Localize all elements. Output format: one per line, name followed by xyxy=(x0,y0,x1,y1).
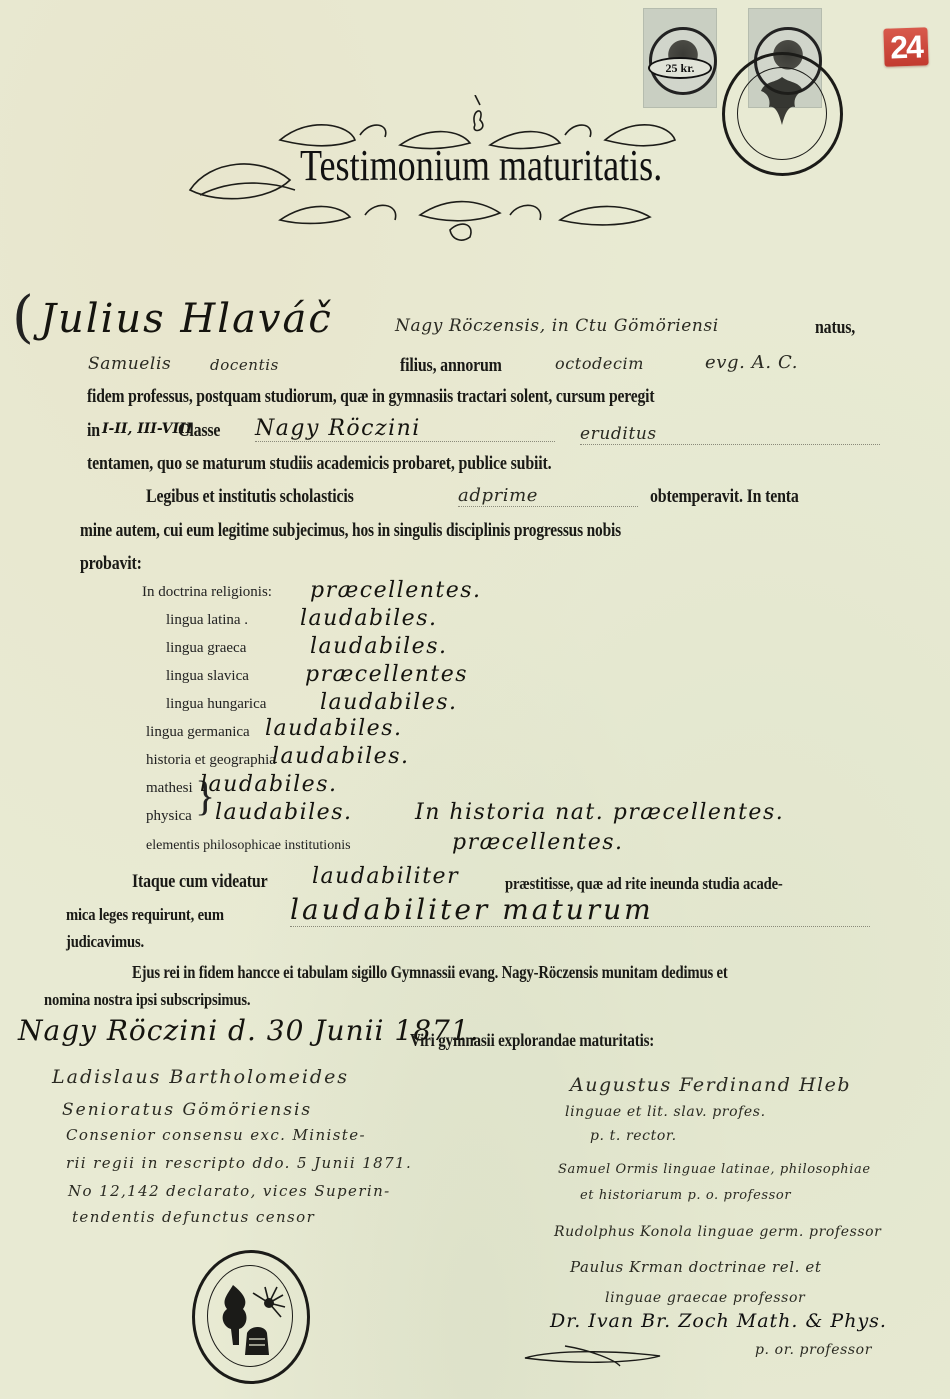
grade-value: laudabiles. xyxy=(272,744,409,769)
signature-flourish-icon xyxy=(520,1330,720,1370)
grade-value: laudabiles. xyxy=(300,606,437,631)
name-bracket: ( xyxy=(12,285,34,350)
eagle-crest-icon xyxy=(755,73,810,133)
conduct-suffix: obtemperavit. In tenta xyxy=(650,487,799,508)
school-seal-top xyxy=(722,52,843,176)
signature-line: et historiarum p. o. professor xyxy=(580,1188,791,1203)
grade-subject: In doctrina religionis: xyxy=(142,584,272,601)
grade-value: præcellentes. xyxy=(310,578,482,603)
confession-field: evg. A. C. xyxy=(705,352,798,373)
conclusion-prefix: Itaque cum videatur xyxy=(132,872,268,893)
revenue-stamp-left: 25 kr. xyxy=(643,8,717,108)
conclusion-line2: mica leges requirunt, eum xyxy=(66,905,224,925)
signature-line: Ladislaus Bartholomeides xyxy=(52,1066,349,1088)
conduct-grade: adprime xyxy=(458,485,638,507)
signature-line: Senioratus Gömöriensis xyxy=(62,1100,312,1120)
signature-line: Augustus Ferdinand Hleb xyxy=(570,1074,851,1096)
tentamen-line: tentamen, quo se maturum studiis academi… xyxy=(87,454,551,475)
signature-line: Consenior consensu exc. Ministe- xyxy=(66,1126,366,1144)
grade-subject: physica xyxy=(146,808,192,825)
student-name: Julius Hlaváč xyxy=(40,296,333,342)
grade-subject: elementis philosophicae institutionis xyxy=(146,838,351,854)
signature-line: Paulus Krman doctrinae rel. et xyxy=(570,1258,821,1276)
conclusion-grade: laudabiliter xyxy=(312,864,459,889)
conclusion-line3: judicavimus. xyxy=(66,932,144,952)
conduct-line3: probavit: xyxy=(80,554,142,575)
grade-value: præcellentes. xyxy=(452,830,624,855)
grade-value: laudabiles. xyxy=(200,772,337,797)
grade-subject: lingua germanica xyxy=(146,724,250,741)
signature-line: Dr. Ivan Br. Zoch Math. & Phys. xyxy=(550,1310,887,1332)
conduct-prefix: Legibus et institutis scholasticis xyxy=(146,487,354,508)
school-place-field: Nagy Röczini xyxy=(255,416,555,442)
signature-line: No 12,142 declarato, vices Superin- xyxy=(68,1182,391,1200)
signature-line: p. or. professor xyxy=(755,1342,872,1358)
site-logo-badge: 24 xyxy=(883,27,928,67)
signature-line: rii regii in rescripto ddo. 5 Junii 1871… xyxy=(66,1154,412,1172)
grade-subject: lingua slavica xyxy=(166,668,249,685)
eruditus-field: eruditus xyxy=(580,424,880,445)
grade-value: laudabiles. xyxy=(310,634,447,659)
document-title: Testimonium maturitatis. xyxy=(300,140,662,191)
grade-subject: historia et geographia xyxy=(146,752,276,769)
signature-line: Rudolphus Konola linguae germ. professor xyxy=(554,1224,881,1240)
grade-value: præcellentes xyxy=(305,662,468,687)
grade-subject: lingua latina . xyxy=(166,612,248,629)
tree-beehive-emblem-icon xyxy=(213,1275,289,1359)
conclusion-verdict: laudabiliter maturum xyxy=(290,893,870,927)
father-name: Samuelis xyxy=(88,354,171,374)
grade-value: laudabiles. xyxy=(215,800,352,825)
filius-label: filius, annorum xyxy=(400,356,502,377)
grade-value: laudabiles. xyxy=(265,716,402,741)
conduct-line2: mine autem, cui eum legitime subjecimus,… xyxy=(80,521,621,542)
grade-subject: mathesi xyxy=(146,780,193,797)
age-field: octodecim xyxy=(555,354,644,373)
grade-value: laudabiles. xyxy=(320,690,457,715)
signature-line: linguae et lit. slav. profes. xyxy=(565,1104,766,1120)
natus-label: natus, xyxy=(815,318,855,339)
stamp-value: 25 kr. xyxy=(648,57,712,79)
birthplace-field: Nagy Röczensis, in Ctu Gömöriensi xyxy=(395,316,719,336)
classe-label: Classe xyxy=(178,421,220,442)
father-role: docentis xyxy=(210,356,279,374)
signature-line: tendentis defunctus censor xyxy=(72,1208,315,1226)
signature-line: Samuel Ormis linguae latinae, philosophi… xyxy=(558,1162,871,1177)
in-label: in xyxy=(87,421,100,442)
signature-line: p. t. rector. xyxy=(590,1128,677,1144)
school-seal-bottom xyxy=(192,1250,310,1384)
conclusion-suffix: præstitisse, quæ ad rite ineunda studia … xyxy=(505,874,783,894)
grade-extra: In historia nat. præcellentes. xyxy=(415,800,784,825)
attestation-line2: nomina nostra ipsi subscripsimus. xyxy=(44,990,250,1010)
studies-line: fidem professus, postquam studiorum, quæ… xyxy=(87,387,654,408)
examiners-heading: Viri gymnasii explorandae maturitatis: xyxy=(410,1030,654,1051)
grade-subject: lingua graeca xyxy=(166,640,246,657)
attestation-line1: Ejus rei in fidem hancce ei tabulam sigi… xyxy=(132,962,728,983)
grade-subject: lingua hungarica xyxy=(166,696,266,713)
signature-line: linguae graecae professor xyxy=(605,1290,805,1306)
